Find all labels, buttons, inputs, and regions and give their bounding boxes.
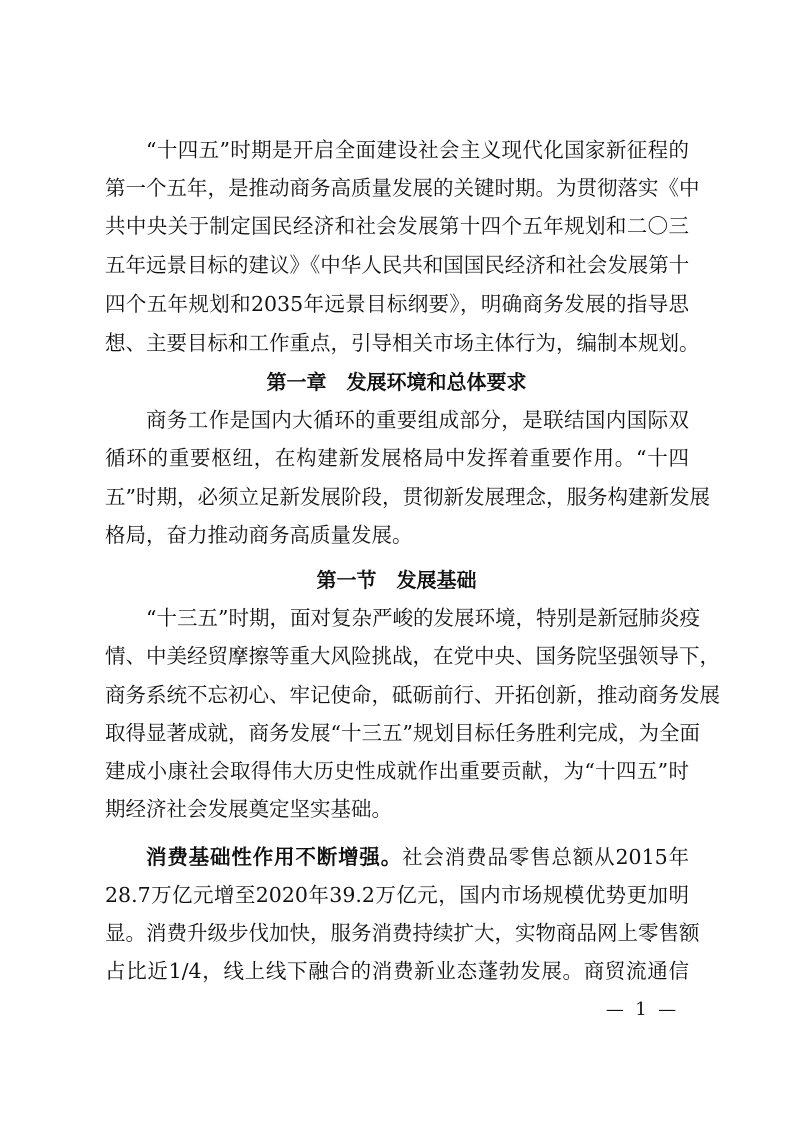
page-number: — 1 — — [601, 998, 681, 1022]
chapter-intro-line-3: 五”时期，必须立足新发展阶段，贯彻新发展理念，服务构建新发展 — [105, 485, 689, 509]
consumption-line-1: 消费基础性作用不断增强。社会消费品零售总额从2015年 — [146, 845, 689, 869]
section-intro-line-6: 期经济社会发展奠定坚实基础。 — [105, 797, 689, 821]
chapter-intro-line-4: 格局，奋力推动商务高质量发展。 — [105, 523, 689, 547]
consumption-bold-lead: 消费基础性作用不断增强。 — [146, 845, 402, 869]
section-heading: 第一节 发展基础 — [0, 568, 793, 592]
section-intro-line-1: “十三五”时期，面对复杂严峻的发展环境，特别是新冠肺炎疫 — [146, 606, 689, 630]
chapter-heading: 第一章 发展环境和总体要求 — [0, 370, 793, 394]
section-intro-line-3: 商务系统不忘初心、牢记使命，砥砺前行、开拓创新，推动商务发展 — [105, 683, 689, 707]
intro-line-2: 第一个五年，是推动商务高质量发展的关键时期。为贯彻落实《中 — [105, 176, 689, 200]
consumption-line-2: 28.7万亿元增至2020年39.2万亿元，国内市场规模优势更加明 — [105, 883, 689, 907]
chapter-intro-line-1: 商务工作是国内大循环的重要组成部分，是联结国内国际双 — [146, 408, 689, 432]
chapter-intro-line-2: 循环的重要枢纽，在构建新发展格局中发挥着重要作用。“十四 — [105, 446, 689, 470]
consumption-line-3: 显。消费升级步伐加快，服务消费持续扩大，实物商品网上零售额 — [105, 921, 689, 945]
intro-line-6: 想、主要目标和工作重点，引导相关市场主体行为，编制本规划。 — [105, 331, 689, 355]
document-page: “十四五”时期是开启全面建设社会主义现代化国家新征程的 第一个五年，是推动商务高… — [0, 0, 793, 1122]
intro-line-4: 五年远景目标的建议》《中华人民共和国国民经济和社会发展第十 — [105, 253, 689, 277]
section-intro-line-2: 情、中美经贸摩擦等重大风险挑战，在党中央、国务院坚强领导下， — [105, 644, 689, 668]
section-intro-line-5: 建成小康社会取得伟大历史性成就作出重要贡献，为“十四五”时 — [105, 759, 689, 783]
intro-line-1: “十四五”时期是开启全面建设社会主义现代化国家新征程的 — [146, 138, 689, 162]
consumption-line-4: 占比近1/4，线上线下融合的消费新业态蓬勃发展。商贸流通信 — [105, 959, 689, 983]
intro-line-5: 四个五年规划和2035年远景目标纲要》，明确商务发展的指导思 — [105, 292, 689, 316]
consumption-first-line-rest: 社会消费品零售总额从2015年 — [402, 845, 689, 869]
intro-line-3: 共中央关于制定国民经济和社会发展第十四个五年规划和二〇三 — [105, 214, 689, 238]
section-intro-line-4: 取得显著成就，商务发展“十三五”规划目标任务胜利完成，为全面 — [105, 721, 689, 745]
